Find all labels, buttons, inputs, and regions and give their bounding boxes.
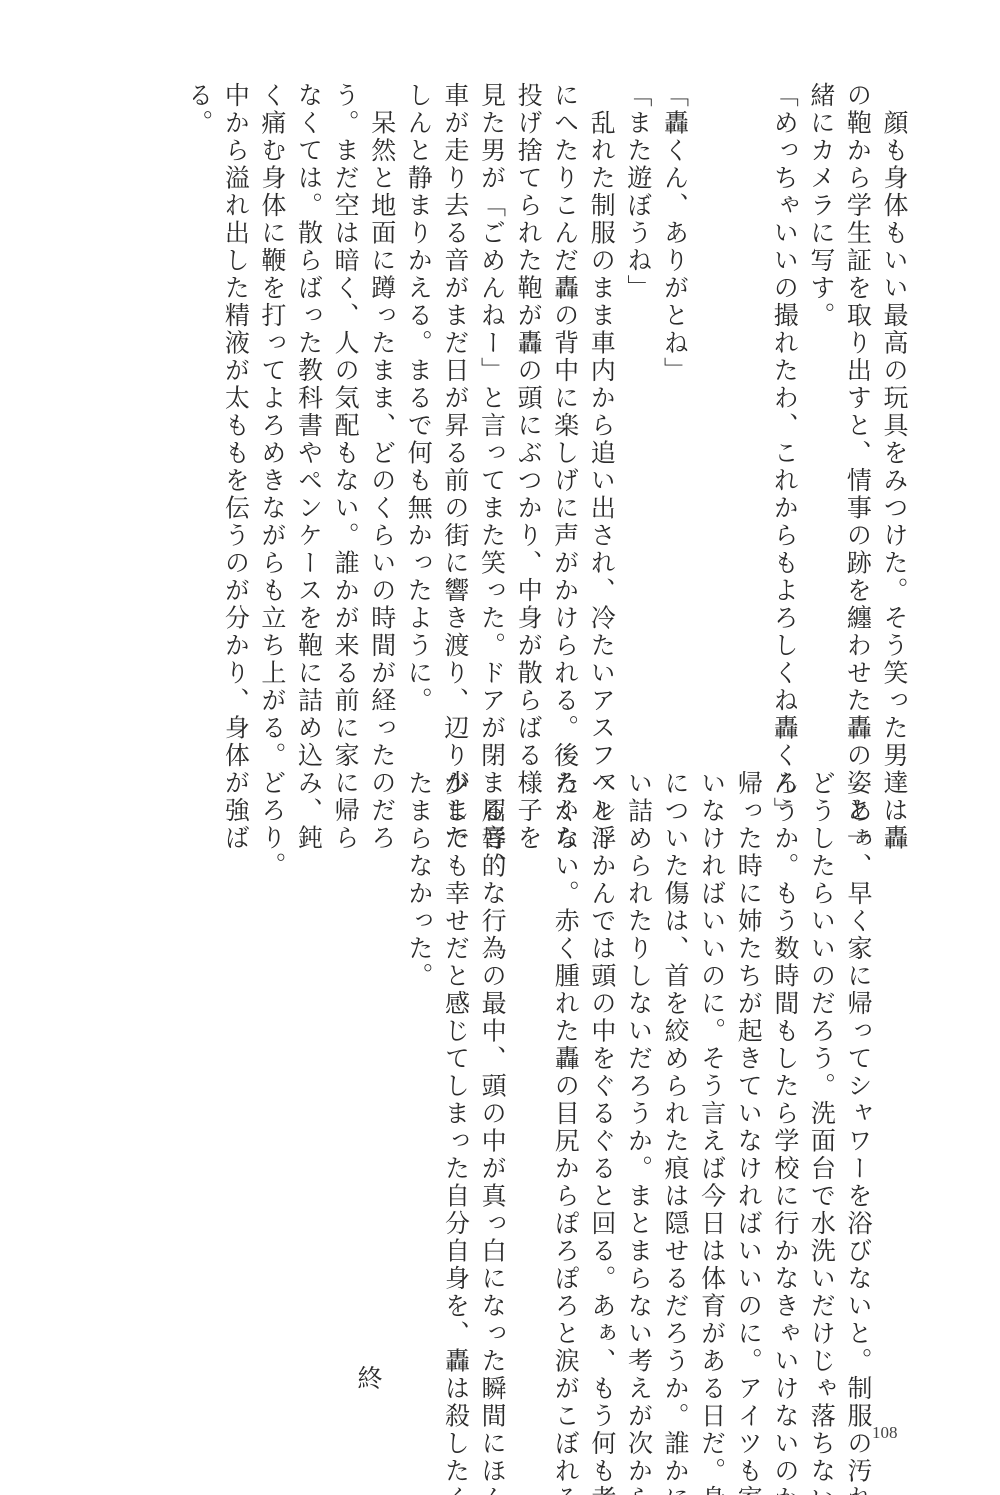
- text-line: についた傷は、首を絞められた痕は隠せるだろうか。誰かに問: [656, 770, 693, 1410]
- text-line: 投げ捨てられた鞄が轟の頭にぶつかり、中身が散らばる様子を: [509, 82, 546, 722]
- bottom-text-block: あぁ、早く家に帰ってシャワーを浴びないと。制服の汚れはどうしたらいいのだろう。洗…: [400, 770, 876, 1410]
- text-line: たまらなかった。: [400, 770, 437, 1410]
- text-line: [729, 82, 766, 722]
- text-line: の鞄から学生証を取り出すと、情事の跡を纏わせた轟の姿と一: [839, 82, 876, 722]
- text-line: 中から溢れ出した精液が太ももを伝うのが分かり、身体が強ば: [217, 82, 254, 722]
- text-line: いなければいいのに。そう言えば今日は体育がある日だ。身体: [693, 770, 730, 1410]
- text-line: 車が走り去る音がまだ日が昇る前の街に響き渡り、辺りがまた: [436, 82, 473, 722]
- text-line: ろうか。もう数時間もしたら学校に行かなきゃいけないのか。: [766, 770, 803, 1410]
- text-line: [510, 770, 547, 1410]
- text-line: あぁ、早く家に帰ってシャワーを浴びないと。制服の汚れは: [839, 770, 876, 1410]
- text-line: [692, 82, 729, 722]
- text-line: へと浮かんでは頭の中をぐるぐると回る。あぁ、もう何も考え: [583, 770, 620, 1410]
- text-line: たくない。赤く腫れた轟の目尻からぽろぽろと涙がこぼれる。: [547, 770, 584, 1410]
- text-line: 呆然と地面に蹲ったまま、どのくらいの時間が経ったのだろ: [363, 82, 400, 722]
- text-line: なくては。散らばった教科書やペンケースを鞄に詰め込み、鈍: [290, 82, 327, 722]
- text-line: 「また遊ぼうね」: [619, 82, 656, 722]
- text-line: く痛む身体に鞭を打ってよろめきながらも立ち上がる。どろり。: [253, 82, 290, 722]
- text-line: う。まだ空は暗く、人の気配もない。誰かが来る前に家に帰ら: [327, 82, 364, 722]
- text-line: しんと静まりかえる。まるで何も無かったように。: [400, 82, 437, 722]
- text-line: 帰った時に姉たちが起きていなければいいのに。アイツも家に: [730, 770, 767, 1410]
- text-line: 顔も身体もいい最高の玩具をみつけた。そう笑った男達は轟: [875, 82, 912, 722]
- text-line: い詰められたりしないだろうか。まとまらない考えが次から次: [620, 770, 657, 1410]
- text-line: 乱れた制服のまま車内から追い出され、冷たいアスファルト: [583, 82, 620, 722]
- text-line: 屈辱的な行為の最中、頭の中が真っ白になった瞬間にほんの: [473, 770, 510, 1410]
- top-text-block: 顔も身体もいい最高の玩具をみつけた。そう笑った男達は轟の鞄から学生証を取り出すと…: [180, 82, 912, 722]
- text-line: にへたりこんだ轟の背中に楽しげに声がかけられる。後ろから: [546, 82, 583, 722]
- end-mark: 終: [350, 1365, 386, 1390]
- text-line: る。: [180, 82, 217, 722]
- text-line: 緒にカメラに写す。: [802, 82, 839, 722]
- text-line: 少しでも幸せだと感じてしまった自分自身を、轟は殺したくて: [437, 770, 474, 1410]
- text-line: 見た男が「ごめんねー」と言ってまた笑った。ドアが閉まる音、: [473, 82, 510, 722]
- page-number: 108: [872, 1423, 898, 1443]
- text-line: 「めっちゃいいの撮れたわ、これからもよろしくね轟くん」: [766, 82, 803, 722]
- text-line: 「轟くん、ありがとね」: [656, 82, 693, 722]
- text-line: どうしたらいいのだろう。洗面台で水洗いだけじゃ落ちないだ: [803, 770, 840, 1410]
